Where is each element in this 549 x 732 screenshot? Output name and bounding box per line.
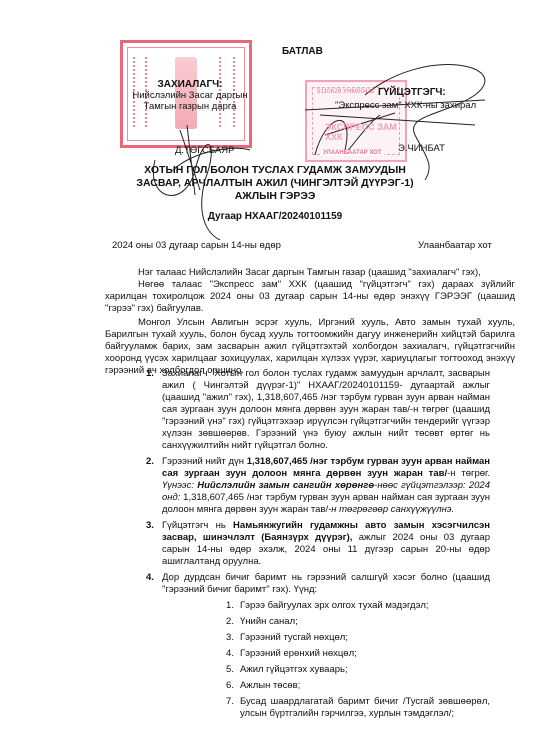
document-list-item: 7.Бусад шаардлагатай баримт бичиг /Тусга…: [226, 696, 490, 720]
clause-number: 3.: [146, 520, 154, 532]
document-list-item: 6.Ажлын төсөв;: [226, 680, 490, 692]
clause-text: Дор дурдсан бичиг баримт нь гэрээний сал…: [162, 572, 490, 595]
clause-number: 1.: [146, 368, 154, 380]
client-title-line1: Нийслэлийн Засаг даргын: [110, 90, 270, 101]
stamp-city: УЛААНБААТАР ХОТ: [321, 150, 384, 156]
document-list: 1.Гэрээ байгуулах эрх олгох тухай мэдэгд…: [162, 600, 490, 720]
clause-text: Гэрээний нийт дүн: [162, 456, 247, 467]
title-line-3: АЖЛЫН ГЭРЭЭ: [100, 190, 450, 203]
document-list-item: 5.Ажил гүйцэтгэх хуваарь;: [226, 664, 490, 676]
clause-2: 2. Гэрээний нийт дүн 1,318,607,465 /нэг …: [162, 456, 490, 516]
document-list-item: 3.Гэрээний тусгай нөхцөл;: [226, 632, 490, 644]
clause-text: Захиалагч "Хотын гол болон туслах гудамж…: [162, 368, 490, 451]
item-number: 2.: [226, 616, 234, 628]
clause-text: Гүйцэтгэгч нь: [162, 520, 233, 531]
item-text: Ажил гүйцэтгэх хуваарь;: [240, 664, 348, 675]
title-line-2: ЗАСВАР, АРЧЛАЛТЫН АЖИЛ (ЧИНГЭЛТЭЙ ДҮҮРЭГ…: [100, 177, 450, 190]
client-name: Д.ТӨГСБАЯР: [175, 145, 234, 156]
contract-number: Дугаар НХААГ/20240101159: [100, 211, 450, 222]
contractor-name: Э.ЧИНБАТ: [398, 143, 445, 154]
approve-label: БАТЛАВ: [282, 46, 323, 57]
stamp-company-name: ЭКСПРЕСС ЗАМ ХХК: [325, 122, 405, 142]
clause-text: Үүнээс:: [162, 480, 197, 491]
contract-city: Улаанбаатар хот: [418, 240, 492, 251]
item-number: 4.: [226, 648, 234, 660]
client-signature-block: ЗАХИАЛАГЧ: Нийслэлийн Засаг даргын Тамгы…: [110, 79, 270, 112]
item-text: Гэрээний ерөнхий нөхцөл;: [240, 648, 357, 659]
contract-date: 2024 оны 03 дугаар сарын 14-ны өдөр: [112, 240, 281, 251]
item-text: Гэрээ байгуулах эрх олгох тухай мэдэгдэл…: [240, 600, 429, 611]
clause-1: 1. Захиалагч "Хотын гол болон туслах гуд…: [162, 368, 490, 452]
title-line-1: ХОТЫН ГОЛ БОЛОН ТУСЛАХ ГУДАМЖ ЗАМУУДЫН: [100, 164, 450, 177]
intro-contractor: Нөгөө талаас "Экспресс зам" ХХК (цаашид …: [105, 279, 515, 315]
item-number: 7.: [226, 696, 234, 708]
item-text: Гэрээний тусгай нөхцөл;: [240, 632, 348, 643]
clause-4: 4. Дор дурдсан бичиг баримт нь гэрээний …: [162, 572, 490, 720]
clause-text: -н төгрөгөөр санхүүжүүлнэ.: [328, 504, 454, 515]
contract-title: ХОТЫН ГОЛ БОЛОН ТУСЛАХ ГУДАМЖ ЗАМУУДЫН З…: [100, 164, 450, 203]
contractor-title: "Экспресс зам" ХХК-ны захирал: [335, 100, 476, 111]
document-list-item: 2.Үнийн санал;: [226, 616, 490, 628]
funding-source: Нийслэлийн замын сангийн хөрөнгө: [197, 480, 374, 491]
item-number: 3.: [226, 632, 234, 644]
clause-3: 3. Гүйцэтгэгч нь Намьянжугийн гудамжны а…: [162, 520, 490, 568]
clause-text: -н төгрөг.: [447, 468, 490, 479]
contractor-role: ГҮЙЦЭТГЭГЧ:: [378, 87, 446, 98]
clause-number: 2.: [146, 456, 154, 468]
client-title-line2: Тамгын газрын дарга: [110, 101, 270, 112]
item-text: Бусад шаардлагатай баримт бичиг /Тусгай …: [240, 696, 490, 719]
clause-number: 4.: [146, 572, 154, 584]
stamp-code: 5110629 УНМ00422: [317, 89, 375, 95]
item-text: Ажлын төсөв;: [240, 680, 300, 691]
intro-client: Нэг талаас Нийслэлийн Засаг даргын Тамгы…: [105, 267, 510, 279]
client-role: ЗАХИАЛАГЧ:: [110, 79, 270, 90]
item-number: 6.: [226, 680, 234, 692]
item-number: 1.: [226, 600, 234, 612]
item-number: 5.: [226, 664, 234, 676]
document-list-item: 1.Гэрээ байгуулах эрх олгох тухай мэдэгд…: [226, 600, 490, 612]
clause-list: 1. Захиалагч "Хотын гол болон туслах гуд…: [148, 368, 490, 724]
document-list-item: 4.Гэрээний ерөнхий нөхцөл;: [226, 648, 490, 660]
item-text: Үнийн санал;: [240, 616, 298, 627]
